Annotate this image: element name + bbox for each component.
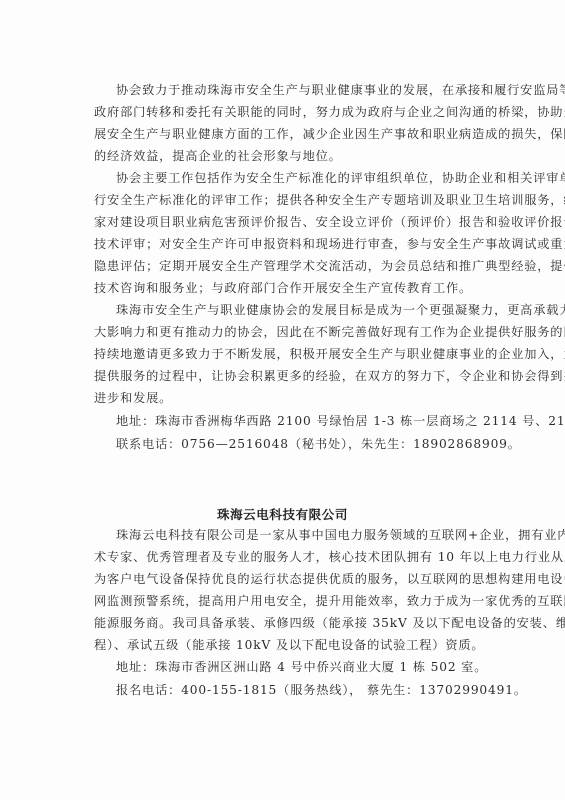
paragraph-line: 家对建设项目职业病危害预评价报告、安全设立评价（预评价）报告和验收评价报告进行	[94, 214, 484, 230]
paragraph-line: 技术评审；对安全生产许可申报资料和现场进行审查，参与安全生产事故调试或重大事故	[94, 236, 484, 252]
paragraph-line: 珠海云电科技有限公司是一家从事中国电力服务领域的互联网+企业，拥有业内资深技	[116, 527, 484, 543]
document-page: 协会致力于推动珠海市安全生产与职业健康事业的发展，在承接和履行安监局等相关 政府…	[0, 0, 565, 800]
paragraph-line: 隐患评估；定期开展安全生产管理学术交流活动，为会员总结和推广典型经验，提供安全	[94, 258, 484, 274]
association-phone: 联系电话：0756—2516048（秘书处），朱先生：18902868909。	[116, 436, 484, 452]
paragraph-line: 行安全生产标准化的评审工作；提供各种安全生产专题培训及职业卫生培训服务，组织专	[94, 192, 484, 208]
company-title: 珠海云电科技有限公司	[0, 505, 565, 523]
paragraph-line: 展安全生产与职业健康方面的工作，减少企业因生产事故和职业病造成的损失，保障企业	[94, 126, 484, 142]
paragraph-line: 的经济效益，提高企业的社会形象与地位。	[94, 148, 484, 164]
paragraph-line: 政府部门转移和委托有关职能的同时，努力成为政府与企业之间沟通的桥梁，协助企业开	[94, 104, 484, 120]
paragraph-line: 技术咨询和服务业；与政府部门合作开展安全生产宣传教育工作。	[94, 280, 484, 296]
paragraph-line: 大影响力和更有推动力的协会，因此在不断完善做好现有工作为企业提供好服务的同时，	[94, 324, 484, 340]
paragraph-line: 术专家、优秀管理者及专业的服务人才，核心技术团队拥有 10 年以上电力行业从业经…	[94, 549, 484, 565]
paragraph-line: 程）、承试五级（能承接 10kV 及以下配电设备的试验工程）资质。	[94, 637, 484, 653]
paragraph-line: 协会主要工作包括作为安全生产标准化的评审组织单位，协助企业和相关评审单位进	[116, 170, 484, 186]
paragraph-line: 珠海市安全生产与职业健康协会的发展目标是成为一个更强凝聚力，更高承载力，更	[116, 302, 484, 318]
company-phone: 报名电话：400-155-1815（服务热线）， 蔡先生：13702990491…	[116, 682, 484, 698]
paragraph-line: 进步和发展。	[94, 390, 484, 406]
paragraph-line: 提供服务的过程中，让协会积累更多的经验，在双方的努力下，令企业和协会得到共同的	[94, 368, 484, 384]
association-address: 地址：珠海市香洲梅华西路 2100 号绿怡居 1-3 栋一层商场之 2114 号…	[116, 413, 484, 429]
paragraph-line: 网监测预警系统，提高用户用电安全，提升用能效率，致力于成为一家优秀的互联网+综合	[94, 593, 484, 609]
company-address: 地址：珠海市香洲区洲山路 4 号中侨兴商业大厦 1 栋 502 室。	[116, 659, 484, 675]
paragraph-line: 协会致力于推动珠海市安全生产与职业健康事业的发展，在承接和履行安监局等相关	[116, 82, 484, 98]
paragraph-line: 为客户电气设备保持优良的运行状态提供优质的服务，以互联网的思想构建用电设备物联	[94, 571, 484, 587]
paragraph-line: 持续地邀请更多致力于不断发展，积极开展安全生产与职业健康事业的企业加入，为企业	[94, 346, 484, 362]
paragraph-line: 能源服务商。我司具备承装、承修四级（能承接 35kV 及以下配电设备的安装、维修…	[94, 615, 484, 631]
